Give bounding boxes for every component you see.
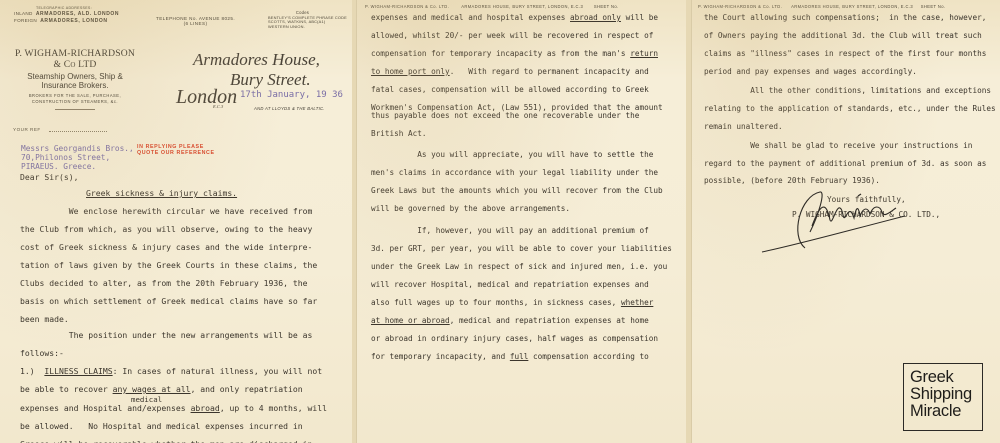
address-line-street: Bury Street. xyxy=(230,70,311,90)
handwritten-signature xyxy=(760,186,910,256)
reply-reference-stamp: IN REPLYING PLEASE QUOTE OUR REFERENCE xyxy=(137,144,215,157)
item-1-line-3: expenses and Hospital and/expenses abroa… xyxy=(20,403,327,413)
item-text: : In cases of natural illness, you will … xyxy=(113,366,323,376)
body-line: been made. xyxy=(20,314,69,324)
inland-value: ARMADORES, ALD. LONDON xyxy=(36,11,119,17)
text: also full wages up to four months, in si… xyxy=(371,298,621,307)
body-line: fatal cases, compensation will be allowe… xyxy=(371,85,649,94)
address-line-house: Armadores House, xyxy=(193,50,320,70)
text: will be xyxy=(621,13,658,22)
letter-page-2: P. WIGHAM-RICHARDSON & Co. LTD. ARMADORE… xyxy=(356,0,686,443)
item-text: , and only repatriation xyxy=(191,384,303,394)
body-line: period and pay expenses and wages accord… xyxy=(704,67,917,76)
logo-line-2: Shipping xyxy=(910,386,976,403)
company-letterhead: P. WIGHAM-RICHARDSON & Co LTD Steamship … xyxy=(10,48,140,110)
text: expenses and medical and hospital expens… xyxy=(371,13,570,22)
header-address: ARMADORES HOUSE, BURY STREET, LONDON, E.… xyxy=(461,4,583,9)
body-line: expenses and medical and hospital expens… xyxy=(371,13,658,22)
emphasis: any wages at all xyxy=(113,384,191,394)
body-line: British Act. xyxy=(371,129,427,138)
body-line: will be governed by the above arrangemen… xyxy=(371,204,570,213)
body-line: allowed, whilst 20/- per week will be re… xyxy=(371,31,653,40)
body-line: at home or abroad, medical and repatriat… xyxy=(371,316,649,325)
text: compensation according to xyxy=(528,352,648,361)
item-number: 1.) xyxy=(20,366,35,376)
your-ref-field: YOUR REF xyxy=(13,127,107,132)
body-line: men's claims in accordance with your leg… xyxy=(371,168,658,177)
emphasis: abroad only xyxy=(570,13,621,22)
telephone-block: TELEPHONE No. AVENUE 8025. (6 LINES) xyxy=(156,16,235,26)
body-line: of Owners paying the additional 3d. the … xyxy=(704,31,982,40)
body-line: thus payable does not exceed the one rec… xyxy=(371,111,639,120)
item-text: expenses and Hospital and/expenses xyxy=(20,403,191,413)
body-line: for temporary incapacity, and full compe… xyxy=(371,352,649,361)
postal-district: E.C.3 xyxy=(213,104,223,109)
body-line: to home port only. With regard to perman… xyxy=(371,67,649,76)
company-services-2: CONSTRUCTION OF STEAMERS, &c. xyxy=(10,99,140,105)
body-line: remain unaltered. xyxy=(704,122,783,131)
item-text: be able to recover xyxy=(20,384,113,394)
emphasis: return xyxy=(630,49,658,58)
body-line: Greek Laws but the amounts which you wil… xyxy=(371,186,663,195)
body-line: claims as "illness" cases in respect of … xyxy=(704,49,986,58)
header-sheet-no: SHEET No. xyxy=(921,4,946,9)
emphasis: at home or abroad xyxy=(371,316,450,325)
item-heading: ILLNESS CLAIMS xyxy=(44,366,112,376)
codes-line: WESTERN UNION. xyxy=(268,25,347,30)
body-line: compensation for temporary incapacity as… xyxy=(371,49,658,58)
recipient-address: Messrs Georgandis Bros., 70,Philonos Str… xyxy=(21,145,134,171)
letter-body-page-2: expenses and medical and hospital expens… xyxy=(357,0,376,225)
body-line: also full wages up to four months, in si… xyxy=(371,298,653,307)
item-1-line-2: be able to recover any wages at all, and… xyxy=(20,384,303,394)
body-line: We shall be glad to receive your instruc… xyxy=(704,141,972,150)
greek-shipping-miracle-logo: Greek Shipping Miracle xyxy=(903,363,983,431)
emphasis: abroad xyxy=(191,403,220,413)
body-line: As you will appreciate, you will have to… xyxy=(371,150,653,159)
body-line: the Court allowing such compensations; i… xyxy=(704,13,986,22)
item-text: Greece will be recoverable whether the m… xyxy=(20,439,312,443)
item-text: , up to 4 months, will xyxy=(220,403,327,413)
telegraphic-addresses: TELEGRAPHIC ADDRESSES: INLAND ARMADORES,… xyxy=(14,6,119,24)
lloyds-baltic-note: AND AT LLOYDS & THE BALTIC. xyxy=(254,106,325,111)
body-line: under the Greek Law in respect of sick a… xyxy=(371,262,667,271)
text: . With regard to permanent incapacity an… xyxy=(450,67,649,76)
emphasis: whether xyxy=(621,298,653,307)
subject-line: Greek sickness & injury claims. xyxy=(86,188,237,198)
foreign-value: ARMADORES, LONDON xyxy=(40,18,107,24)
body-line: will recover Hospital, medical and repat… xyxy=(371,280,649,289)
emphasis: to home port only xyxy=(371,67,450,76)
continuation-header: P. WIGHAM-RICHARDSON & Co. LTD. ARMADORE… xyxy=(698,4,945,9)
body-line: If, however, you will pay an additional … xyxy=(371,226,649,235)
address-city: London xyxy=(176,86,237,109)
body-line: 3d. per GRT, per year, you will be able … xyxy=(371,244,672,253)
emphasis: full xyxy=(510,352,529,361)
text: , medical and repatriation expenses at h… xyxy=(450,316,649,325)
company-tagline: Steamship Owners, Ship & Insurance Broke… xyxy=(10,72,140,90)
codes-block: Codes BENTLEY'S COMPLETE PHRASE CODE SCO… xyxy=(268,11,347,30)
header-address: ARMADORES HOUSE, BURY STREET, LONDON, E.… xyxy=(791,4,913,9)
item-text: be allowed. No Hospital and medical expe… xyxy=(20,421,303,431)
continuation-header: P. WIGHAM-RICHARDSON & Co. LTD. ARMADORE… xyxy=(365,4,619,9)
letter-body-page-1: Dear Sir(s), Greek sickness & injury cla… xyxy=(0,0,20,200)
letter-date: 17th January, 19 36 xyxy=(240,90,343,100)
body-line: tation of laws given by the Greek Courts… xyxy=(20,260,317,270)
body-line: or abroad in ordinary injury cases, half… xyxy=(371,334,658,343)
letter-body-page-3: the Court allowing such compensations; i… xyxy=(692,0,711,126)
body-line: follows:- xyxy=(20,348,64,358)
header-company: P. WIGHAM-RICHARDSON & Co. LTD. xyxy=(365,4,449,9)
header-sheet-no: SHEET No. xyxy=(594,4,619,9)
body-line: We enclose herewith circular we have rec… xyxy=(20,206,312,216)
telephone-lines: (6 LINES) xyxy=(156,21,235,26)
reply-notice-line-2: QUOTE OUR REFERENCE xyxy=(137,150,215,156)
body-line: basis on which settlement of Greek medic… xyxy=(20,296,317,306)
body-line: relating to the application of standards… xyxy=(704,104,996,113)
body-line: cost of Greek sickness & injury cases an… xyxy=(20,242,312,252)
header-company: P. WIGHAM-RICHARDSON & Co. LTD. xyxy=(698,4,782,9)
body-line: The position under the new arrangements … xyxy=(20,330,312,340)
divider xyxy=(55,109,95,110)
body-line: All the other conditions, limitations an… xyxy=(704,86,991,95)
body-line: possible, (before 20th February 1936). xyxy=(704,176,880,185)
body-line: Clubs decided to alter, as from the 20th… xyxy=(20,278,308,288)
salutation: Dear Sir(s), xyxy=(20,172,78,182)
letter-page-1: TELEGRAPHIC ADDRESSES: INLAND ARMADORES,… xyxy=(0,0,352,443)
recipient-city: PIRAEUS. Greece. xyxy=(21,163,134,172)
text: for temporary incapacity, and xyxy=(371,352,510,361)
body-line: regard to the payment of additional prem… xyxy=(704,159,986,168)
body-line: the Club from which, as you will observe… xyxy=(20,224,312,234)
logo-line-3: Miracle xyxy=(910,403,976,420)
logo-line-1: Greek xyxy=(910,369,976,386)
item-1-line-1: 1.) ILLNESS CLAIMS: In cases of natural … xyxy=(20,366,322,376)
text: compensation for temporary incapacity as… xyxy=(371,49,630,58)
company-name: P. WIGHAM-RICHARDSON & Co LTD xyxy=(10,48,140,70)
